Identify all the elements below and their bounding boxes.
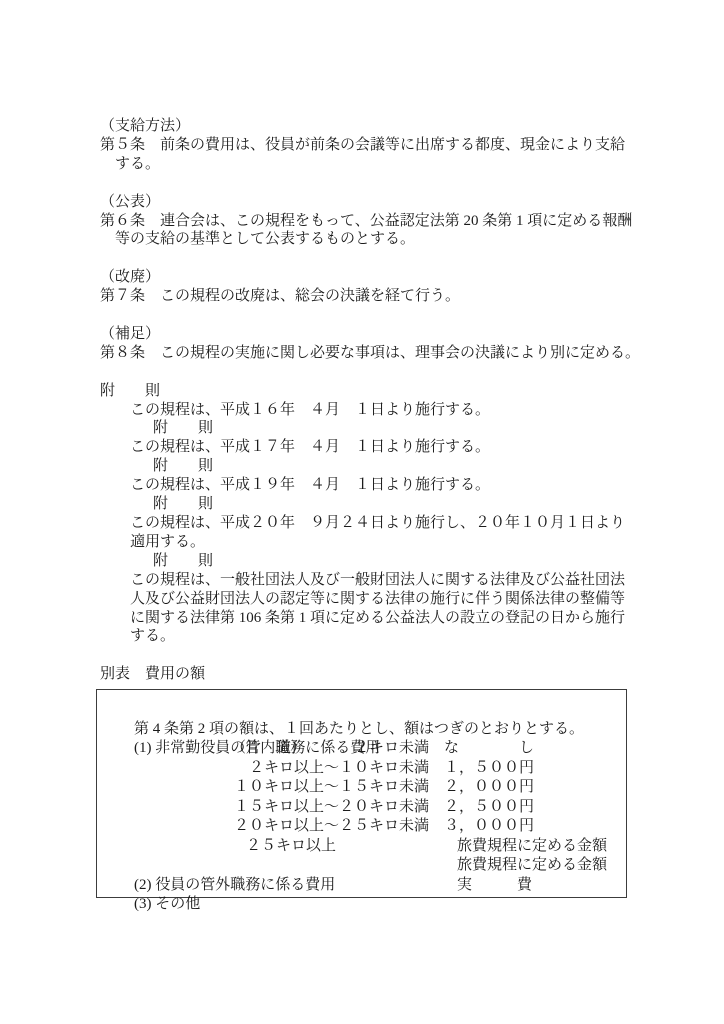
fee-row: １０キロ以上～１５キロ未満 ２，０００円 <box>97 778 626 798</box>
article-heading: （公表） <box>100 193 628 212</box>
fee-range: １５キロ以上～２０キロ未満 <box>97 798 429 818</box>
fusoku-line: この規程は、平成１６年 ４月 １日より施行する。 <box>100 401 628 420</box>
fusoku-label: 附 則 <box>100 552 628 571</box>
fee-range: ２キロ以上～１０キロ未満 <box>97 759 429 779</box>
fee-amount: ２，０００円 <box>444 778 534 798</box>
article-line: 第６条 連合会は、この規程をもって、公益認定法第 20 条第 1 項に定める報酬 <box>100 212 628 231</box>
blank-line <box>100 646 628 665</box>
appendix-item-row: (2) 役員の管外職務に係る費用 旅費規程に定める金額 <box>97 856 626 876</box>
fusoku-label: 附 則 <box>100 495 628 514</box>
blank-line <box>100 363 628 382</box>
fusoku-line: この規程は、平成１７年 ４月 １日より施行する。 <box>100 438 628 457</box>
article-line: 第５条 前条の費用は、役員が前条の会議等に出席する都度、現金により支給 <box>100 136 628 155</box>
fusoku-line: この規程は、平成１９年 ４月 １日より施行する。 <box>100 476 628 495</box>
appendix-item-label: (3) その他 <box>134 896 200 912</box>
fee-amount: 旅費規程に定める金額 <box>457 837 607 857</box>
blank-line <box>100 174 628 193</box>
fee-amount: ３，０００円 <box>444 817 534 837</box>
fusoku-line: に関する法律第 106 条第 1 項に定める公益法人の設立の登記の日から施行 <box>100 609 628 628</box>
fee-row: ２０キロ以上～２５キロ未満 ３，０００円 <box>97 817 626 837</box>
article-line: 第８条 この規程の実施に関し必要な事項は、理事会の決議により別に定める。 <box>100 344 628 363</box>
article-line: 第７条 この規程の改廃は、総会の決議を経て行う。 <box>100 287 628 306</box>
fee-range: ２キロ未満 <box>97 739 429 759</box>
blank-line <box>100 306 628 325</box>
article-heading: （支給方法） <box>100 117 628 136</box>
fusoku-label: 附 則 <box>100 457 628 476</box>
fee-amount: １，５００円 <box>444 759 534 779</box>
fusoku-line: この規程は、一般社団法人及び一般財団法人に関する法律及び公益社団法 <box>100 571 628 590</box>
fusoku-label: 附 則 <box>100 382 628 401</box>
appendix-title: 別表 費用の額 <box>100 665 628 684</box>
fusoku-line: する。 <box>100 627 628 646</box>
fee-amount: な し <box>444 739 534 759</box>
fusoku-label: 附 則 <box>100 419 628 438</box>
article-line: 等の支給の基準として公表するものとする。 <box>100 230 628 249</box>
fee-row: １５キロ以上～２０キロ未満 ２，５００円 <box>97 798 626 818</box>
article-line: する。 <box>100 155 628 174</box>
fusoku-line: 適用する。 <box>100 533 628 552</box>
fusoku-line: この規程は、平成２０年 ９月２４日より施行し、２０年１０月１日より <box>100 514 628 533</box>
fee-range: １０キロ以上～１５キロ未満 <box>97 778 429 798</box>
fee-amount: 旅費規程に定める金額 <box>457 856 607 876</box>
document-page: （支給方法） 第５条 前条の費用は、役員が前条の会議等に出席する都度、現金により… <box>0 0 724 1024</box>
article-heading: （補足） <box>100 325 628 344</box>
fee-amount: ２，５００円 <box>444 798 534 818</box>
fee-row: ２５キロ以上 旅費規程に定める金額 <box>97 837 626 857</box>
fee-range: ２５キロ以上 <box>246 837 336 857</box>
fee-row: ２キロ以上～１０キロ未満 １，５００円 <box>97 759 626 779</box>
article-heading: （改廃） <box>100 268 628 287</box>
document-body: （支給方法） 第５条 前条の費用は、役員が前条の会議等に出席する都度、現金により… <box>100 117 628 898</box>
appendix-item-row: (1) 非常勤役員の管内職務に係る費用 <box>97 720 626 740</box>
appendix-box: 第 4 条第 2 項の額は、１回あたりとし、額はつぎのとおりとする。 (1) 非… <box>96 689 627 898</box>
fee-range: ２０キロ以上～２５キロ未満 <box>97 817 429 837</box>
fee-row: （片 道） ２キロ未満 な し <box>97 739 626 759</box>
blank-line <box>100 249 628 268</box>
appendix-item-row: (3) その他 実 費 <box>97 876 626 896</box>
fee-amount: 実 費 <box>457 876 532 896</box>
fusoku-line: 人及び公益財団法人の認定等に関する法律の施行に伴う関係法律の整備等 <box>100 590 628 609</box>
appendix-intro-row: 第 4 条第 2 項の額は、１回あたりとし、額はつぎのとおりとする。 <box>97 700 626 720</box>
